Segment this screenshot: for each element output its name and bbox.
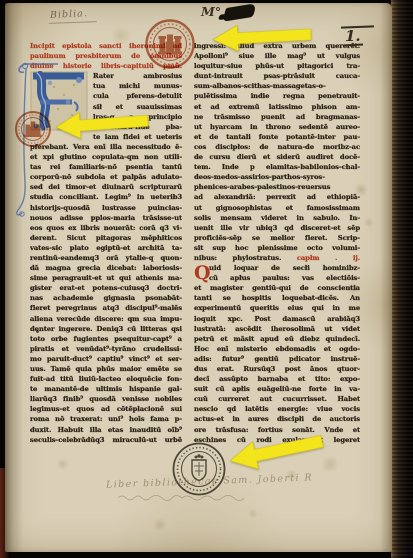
text-line: fieret peregrinus atq3 discipul⁹-malēs: [30, 303, 182, 313]
text-line: liarūq3 finib⁹ quosdā venisse nobiles: [30, 394, 182, 404]
text-line: adis: futur⁹ gentiū pdicator instruē-: [194, 354, 360, 364]
text-line: tem. Inde p elamitas-babilonios-chal-: [194, 162, 360, 172]
left-column: Incipit epistola sancti iheronimi adpaul…: [30, 41, 182, 445]
red-library-stamp-margin: [14, 110, 52, 148]
text-line: actus-et in aures discipłi de auctoris: [194, 414, 360, 424]
text-line: sum-albanos-scithas-massagetas-o-: [194, 81, 360, 91]
text-line: nescio qd latētis energie: viue vocis: [194, 404, 360, 414]
text-line: tua michi munus-: [93, 81, 182, 91]
text-line: piratis et venūdat⁹-tyrāno crudelissi-: [30, 344, 182, 354]
text-line: duxit. Habuit illa etas inauditū oīb⁹: [30, 425, 182, 435]
text-line: dā magna grecia dicebat: laboriosis-: [30, 263, 182, 273]
text-line: uid loquar de secłi hominibz-: [209, 263, 360, 273]
text-line: suit cū apłis euāgeliū-ne forte in va-: [194, 384, 360, 394]
text-line: cū apłus paulus: vas electiōis-: [209, 273, 360, 283]
right-column-lines: uid loquar de secłi hominibz-cū apłus pa…: [194, 263, 360, 445]
text-line: cuū curreret aut cucurrisset. Habet: [194, 394, 360, 404]
text-line: ut gignosophistas et famosissimam: [194, 203, 360, 213]
text-line: tanti se hospitis loquebat-dicēs. An: [194, 293, 360, 303]
text-line: petrū et māsit apud eū diebz quindecī.: [194, 334, 360, 344]
text-line: studia conciliant. Legim⁹ in ueterib3: [30, 192, 182, 202]
text-line: Hoc enī misterio ebdomadis et ogdo-: [194, 344, 360, 354]
text-line: et xpi glutino copulata-qm non utili-: [30, 152, 182, 162]
text-line: te manantē-de ultimis hispanie gal-: [30, 384, 182, 394]
text-line: proficiēs-sēp se melior fieret. Scrip-: [194, 233, 360, 243]
folio-number: 1.: [341, 28, 377, 44]
text-line: solis mensam videret in sabulo. In-: [194, 213, 360, 223]
text-line: historijs-quosdā lustrasse puincias-: [30, 203, 182, 213]
text-line: derent. Sicut pitagoras mēphiticos: [30, 233, 182, 243]
text-line: ut hyarcam in throno sedentē aureo-: [194, 122, 360, 132]
text-line: dus erat. Rursūq3 post ānos qtuor-: [194, 364, 360, 374]
margin-ink-dot: [36, 330, 39, 333]
yellow-arrow-top: [211, 19, 312, 54]
text-line: et magister gentiū-qui de conscientia: [194, 283, 360, 293]
text-line: denter ingerere. Deniq3 cū litteras qsi: [30, 324, 182, 334]
text-line: toto orbe fugientes psequitur-capt⁹ a: [30, 334, 182, 344]
photo-frame: Incipit epistola sancti iheronimi adpaul…: [0, 0, 413, 558]
text-line: decī assūpto barnaba et tito: expo-: [194, 374, 360, 384]
text-line: experimentū queritis eius qui in me: [194, 303, 360, 313]
text-line: sed dei timor-et diuinarū scripturarū: [30, 182, 182, 192]
text-line: eos quos ex libris nouerāt: corā q3 vi-: [30, 223, 182, 233]
text-line: nouos adisse pplos-maria trāsisse-ut: [30, 213, 182, 223]
text-line: cula pferens-detulit: [93, 91, 182, 101]
lombard-initial-q: Q: [194, 263, 209, 283]
folio-number-block: 1.: [341, 26, 377, 46]
chapter-line: nibus: phylostratus. capłm . ij.: [194, 253, 360, 263]
text-line: ne trāsmisso puenit ad bragmanas-: [194, 112, 360, 122]
text-line: ore trāsfusa: fortius sonāt. Vnde et: [194, 425, 360, 435]
text-line: rentinū-eandemq3 orā ytalie-q quon-: [30, 253, 182, 263]
text-line: roma nō traxerat: uni⁹ hoīs fama p-: [30, 414, 182, 424]
text-line: de cursu dierū et siderū audiret docē-: [194, 152, 360, 162]
text-line: uus. Tamē quia phūs maior emēte se: [30, 364, 182, 374]
text-line: et de tantali fonte potantē-inter pau-: [194, 132, 360, 142]
chapter-line-text: nibus: phylostratus.: [194, 254, 281, 262]
text-line: cos discipłos: de natura-de moribz-ac: [194, 142, 360, 152]
text-line: ad alexandriā: perrexit ad ethiopiā-: [194, 192, 360, 202]
fore-edge-shadow: [380, 3, 392, 552]
faded-script-line: [118, 492, 278, 502]
text-line: pulētissima indie regna penetrauit-: [194, 91, 360, 101]
gutter-shadow: [5, 3, 23, 552]
book-edge: [391, 0, 413, 558]
text-line: aliena verecūde discere: qm sua impu-: [30, 314, 182, 324]
text-block: Incipit epistola sancti iheronimi adpaul…: [30, 41, 360, 445]
text-line: gister erat-et potens-cuiusq3 doctri-: [30, 283, 182, 293]
handwritten-title-biblia: Biblia.: [50, 8, 88, 21]
text-line: et ad extremū latissimo phison am-: [194, 102, 360, 112]
red-library-stamp-top: [144, 18, 196, 70]
black-library-stamp: [170, 440, 228, 498]
text-line: lustratā: ascēdit iherosolimā ut videt: [194, 324, 360, 334]
text-line: Rater ambrosius: [93, 71, 182, 81]
text-line: tas rei familiaris-nō psentia tantū: [30, 162, 182, 172]
text-line: loquitur-siue phūs-ut pitagorici tra-: [194, 61, 360, 71]
text-line: sit sup hoc plenissime octo volumi-: [194, 243, 360, 253]
text-line: mo paruit-duct⁹ captiu⁹ vinct⁹ et ser-: [30, 354, 182, 364]
text-line: corporū-nō subdola et palpās adulato-: [30, 172, 182, 182]
text-line: pferebant. Vera enī illa necessitudo ē-: [30, 142, 182, 152]
text-line: fuit-ad titū liuiū-lacteo eloquēcie fon-: [30, 374, 182, 384]
text-line: nas achademie gignasia psonabāt-: [30, 293, 182, 303]
text-line: seculis-celebrādūq3 miraculū-ut urbē: [30, 435, 182, 445]
text-line: phenices-arabes-palestinos-reuersus: [194, 182, 360, 192]
right-column-lines-top: ingressi: aliud extra urbem quererēt.Apo…: [194, 41, 360, 253]
text-line: dunt-intrauit psas-ptrāsiuit cauca-: [194, 71, 360, 81]
text-line: vates-sic plato egiptū-et architā ta-: [30, 243, 182, 253]
text-line: sime peragrauit-et ut qui athenis ma-: [30, 273, 182, 283]
text-line: deos-medos-assirios-parthos-syros-: [194, 172, 360, 182]
right-column: ingressi: aliud extra urbem quererēt.Apo…: [194, 41, 360, 445]
chapter-rubric: capłm . ij.: [297, 254, 360, 262]
text-line: loquit xpc. Post damascū arabiāq3: [194, 314, 360, 324]
text-line: uenit ille vir ubiq3 qd disceret-et sēp: [194, 223, 360, 233]
text-line: legimus-et quos ad cōtēplacionē sui: [30, 404, 182, 414]
